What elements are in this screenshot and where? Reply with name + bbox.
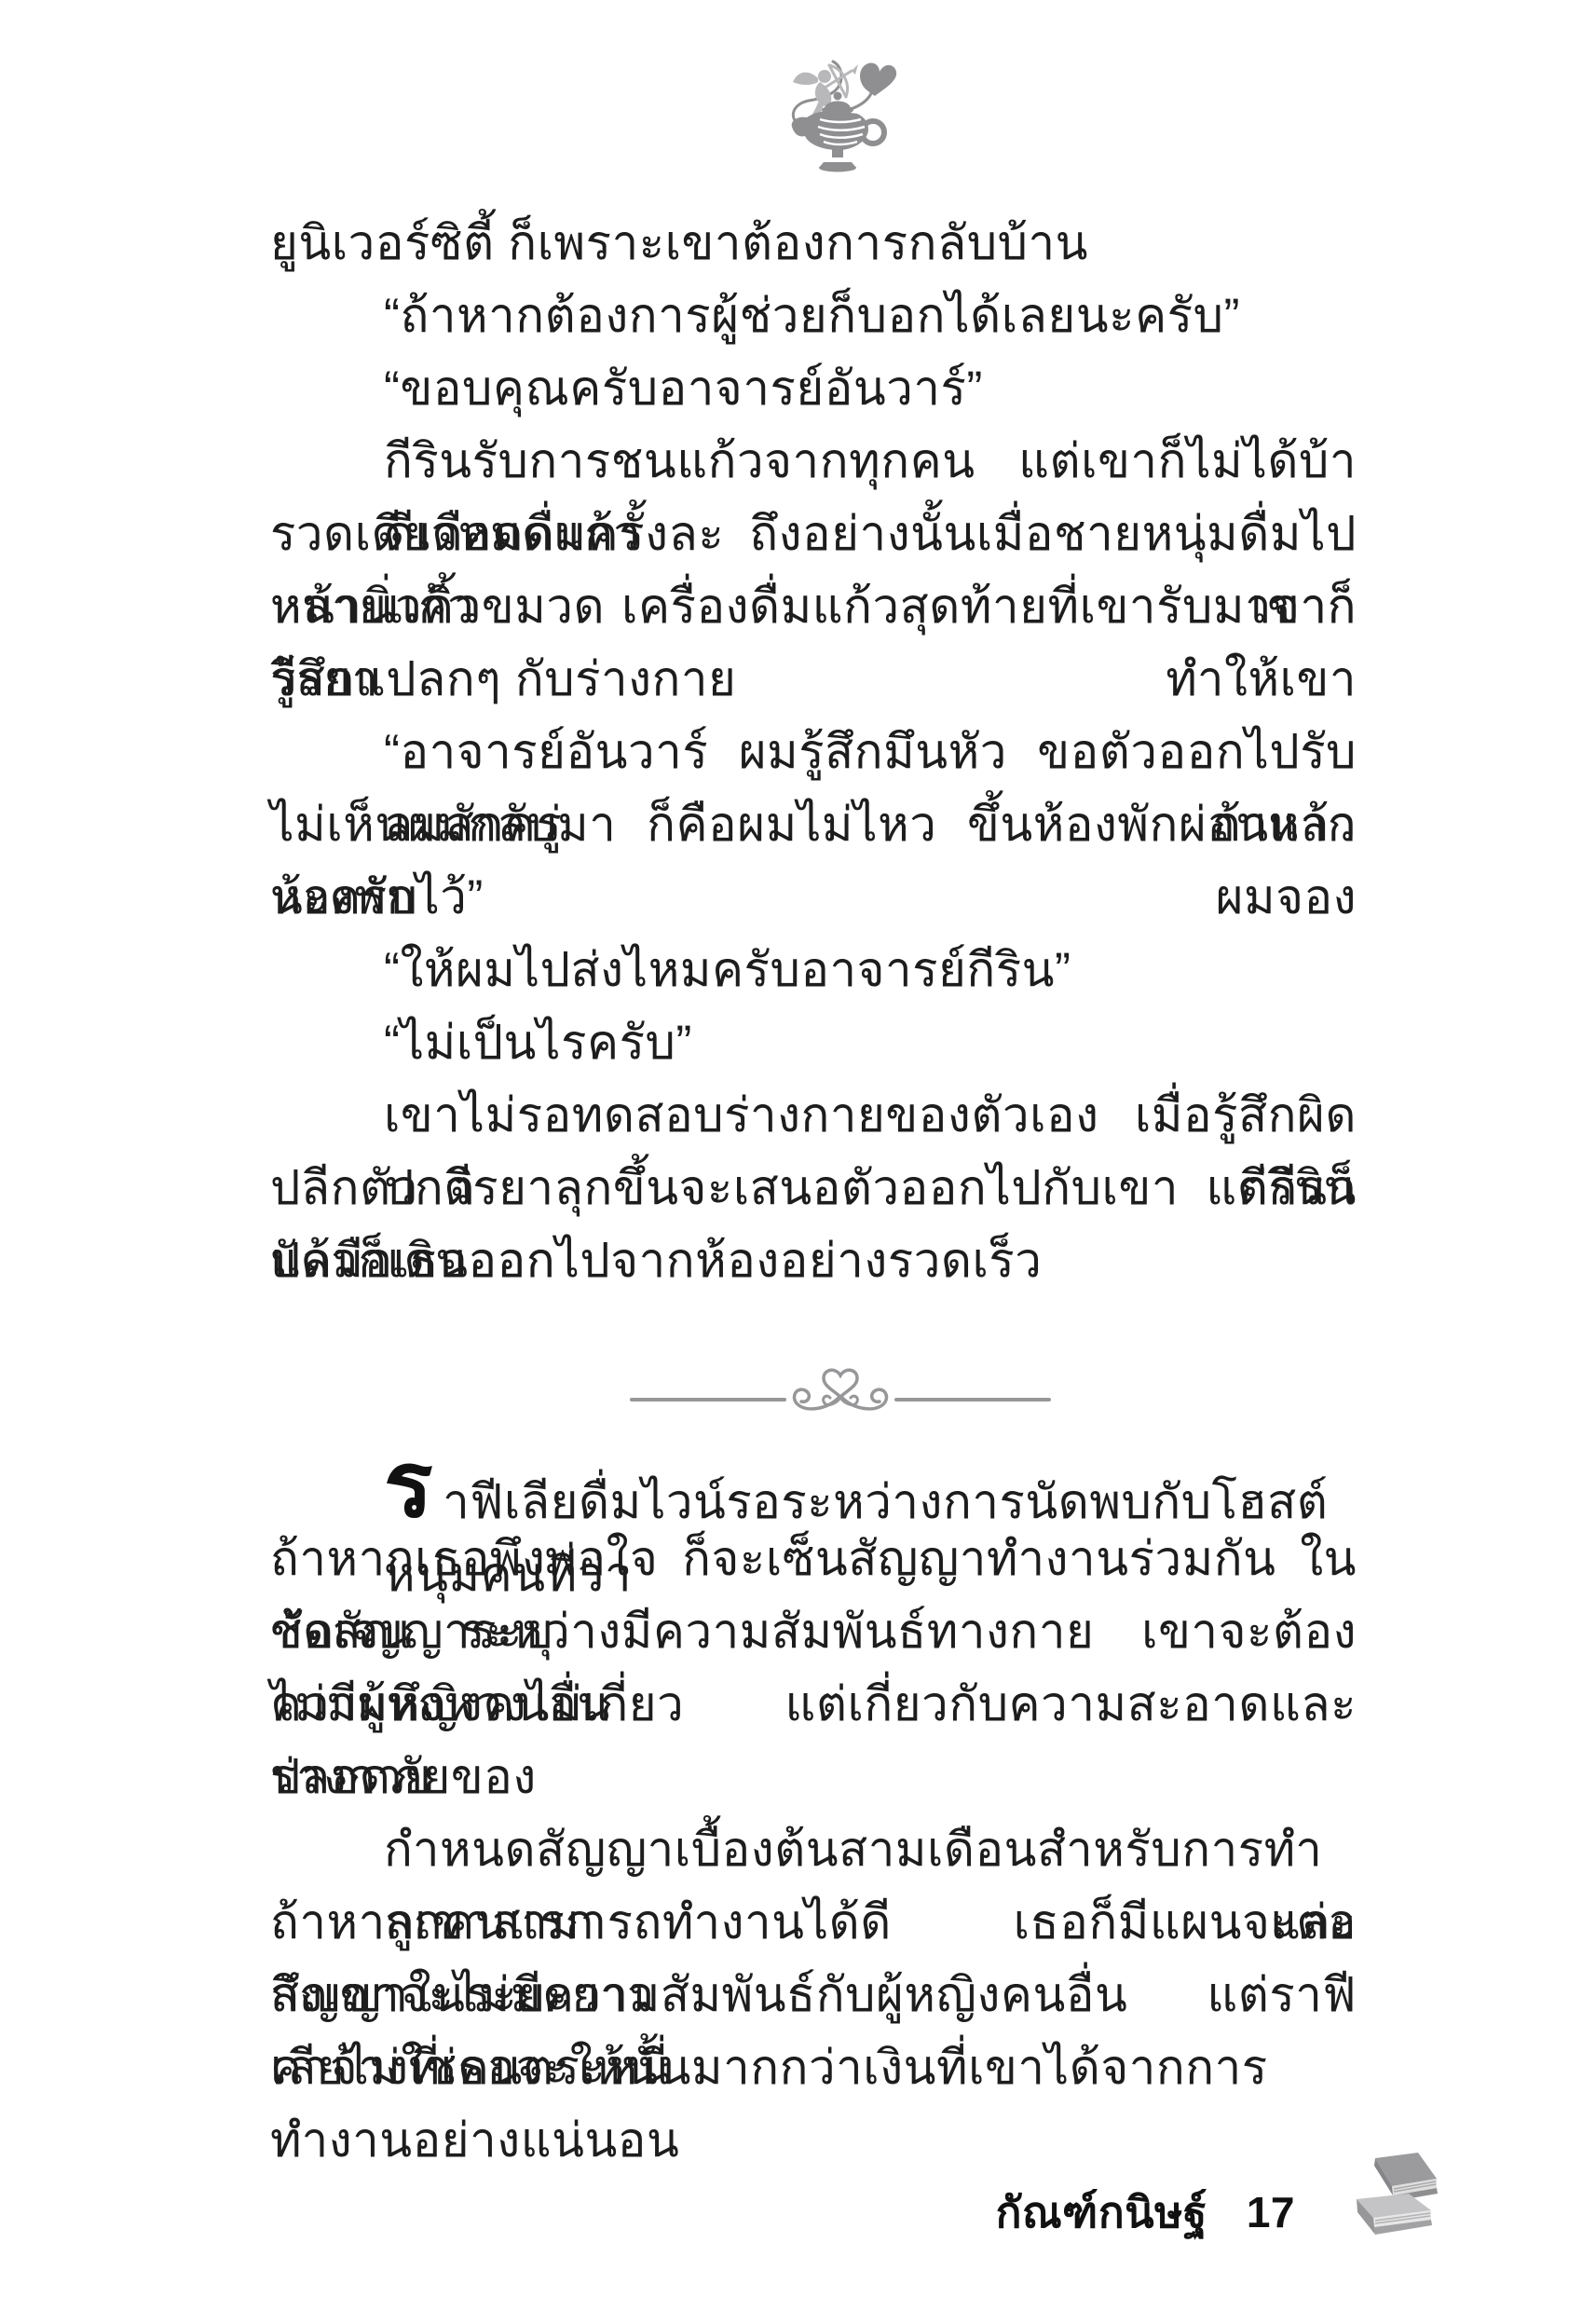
page-number: 17 <box>1247 2188 1295 2236</box>
page-footer: กัณฑ์กนิษฐ์17 <box>270 2184 1295 2240</box>
text-line: ราฟีเลียดื่มไวน์รอระหว่างการนัดพบกับโฮสต… <box>270 1450 1357 1523</box>
text-line: ถึงเขาจะไม่มีความสัมพันธ์กับผู้หญิงคนอื่… <box>270 1959 1357 2031</box>
text-line: ยูนิเวอร์ซิตี้ ก็เพราะเขาต้องการกลับบ้าน <box>270 207 1357 280</box>
author-name: กัณฑ์กนิษฐ์ <box>996 2188 1207 2236</box>
heart-scroll-ornament-icon <box>630 1362 1051 1418</box>
lamp-cupid-ornament-icon <box>783 52 899 173</box>
text-line: “ขอบคุณครับอาจารย์อันวาร์” <box>270 352 1357 425</box>
text-line: ไม่เห็นผมกลับมา ก็คือผมไม่ไหว ขึ้นห้องพั… <box>270 788 1357 861</box>
book-stack-icon <box>1349 2153 1442 2241</box>
text-line: หน้านิ่วคิ้วขมวด เครื่องดื่มแก้วสุดท้ายท… <box>270 570 1357 643</box>
text-line: เขาไม่รอทดสอบร่างกายของตัวเอง เมื่อรู้สึ… <box>270 1079 1357 1152</box>
section-2: ราฟีเลียดื่มไวน์รอระหว่างการนัดพบกับโฮสต… <box>270 1450 1357 2104</box>
book-page: { "body": { "section1": { "lines": [ "ยู… <box>0 0 1596 2311</box>
text-line: “ให้ผมไปส่งไหมครับอาจารย์กีริน” <box>270 934 1357 1006</box>
section-1: ยูนิเวอร์ซิตี้ ก็เพราะเขาต้องการกลับบ้าน… <box>270 207 1357 1297</box>
text-line: ความหึงหวงไม่เกี่ยว แต่เกี่ยวกับความสะอา… <box>270 1668 1357 1741</box>
text-line: ปลีกตัว วีรยาลุกขึ้นจะเสนอตัวออกไปกับเขา… <box>270 1152 1357 1224</box>
text-line: “อาจารย์อันวาร์ ผมรู้สึกมึนหัว ขอตัวออกไ… <box>270 716 1357 788</box>
text-line: ถ้าหากเขาสามารถทำงานได้ดี เธอก็มีแผนจะต่… <box>270 1886 1357 1959</box>
text-line: กีรินรับการชนแก้วจากทุกคน แต่เขาก็ไม่ได้… <box>270 425 1357 498</box>
text-line: กำหนดสัญญาเบื้องต้นสามเดือนสำหรับการทำลู… <box>270 1813 1357 1886</box>
text-line: “ถ้าหากต้องการผู้ช่วยก็บอกได้เลยนะครับ” <box>270 280 1357 352</box>
text-line: แล้วก็เดินออกไปจากห้องอย่างรวดเร็ว <box>270 1224 1357 1297</box>
text-line: ค่าจ้างที่เธอจะให้นั้นมากกว่าเงินที่เขาไ… <box>270 2031 1357 2104</box>
text-line: รวดเดียวหมดแก้ว ถึงอย่างนั้นเมื่อชายหนุ่… <box>270 498 1357 570</box>
text-line: “ไม่เป็นไรครับ” <box>270 1006 1357 1079</box>
text-line: ชัดเจน ระหว่างมีความสัมพันธ์ทางกาย เขาจะ… <box>270 1595 1357 1668</box>
section-divider <box>630 1362 1051 1418</box>
drop-cap: ร <box>384 1433 433 1536</box>
